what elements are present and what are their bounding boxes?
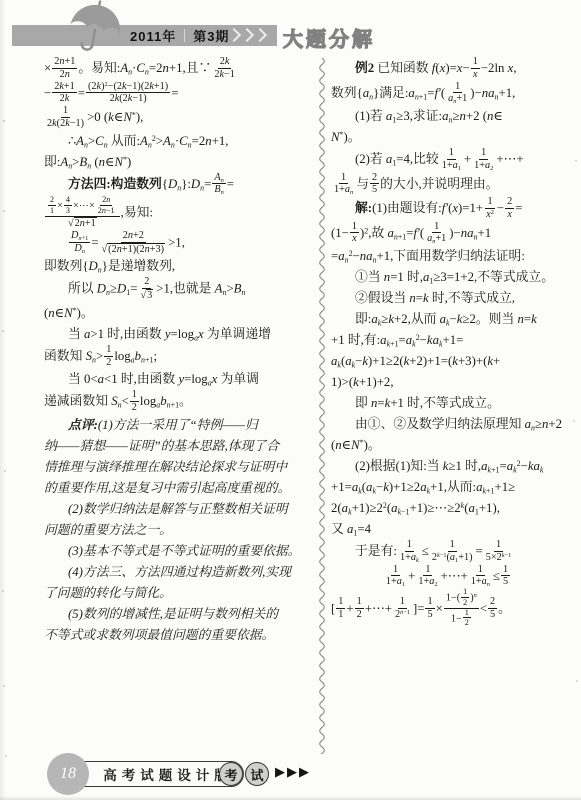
text-line: 了问题的转化与简化。 xyxy=(44,583,316,604)
text-line: ∴An>Cn 从而:An2>An·Cn=2n+1, xyxy=(44,131,316,152)
text-line: (5)数列的增减性,是证明与数列相关的 xyxy=(44,604,316,625)
section-title: 大题分解 xyxy=(283,23,375,52)
text-line: (2)若 a1=4,比较11+a1+11+a2+⋯+ xyxy=(331,148,563,173)
text-line: 当 a>1 时,由函数 y=logax 为单调递增 xyxy=(44,324,316,345)
text-line: (1)若 a1≥3,求证:an≥n+2 (n∈ xyxy=(331,106,563,127)
text-line: 的重要作用,这是复习中需引起高度重视的。 xyxy=(44,478,316,499)
umbrella-icon xyxy=(61,0,129,65)
text-line: +1=ak(ak−k)+1≥2ak+1,从而:ak+1+1≥ xyxy=(331,477,563,498)
chevrons-icon xyxy=(229,30,265,40)
text-line: 1)>(k+1)+2, xyxy=(331,372,563,393)
text-line: 递减函数知 Sn<12logabn+1。 xyxy=(44,390,316,415)
text-line: 11+an与25的大小,并说明理由。 xyxy=(331,173,563,198)
issue-divider xyxy=(184,29,185,42)
exam-badge-kao: 考 xyxy=(219,762,243,786)
text-line: −2k+12k=(2k)2−(2k−1)(2k+1)2k(2k−1)= xyxy=(44,82,316,107)
text-line: 11+a1+11+a2+⋯+11+an≤15 xyxy=(331,565,563,590)
text-line: 于是有:11+ak≤12k−1(a1+1)=15×2k−1 xyxy=(331,540,563,565)
text-line: 数列{an}满足:an+1=f′(1an+1)−nan+1, xyxy=(331,82,563,107)
text-line: 当 0<a<1 时,由函数 y=logax 为单调 xyxy=(44,369,316,390)
column-divider-path xyxy=(320,58,325,754)
text-line: +1 时,有:ak+1=ak2−kak+1= xyxy=(331,330,563,351)
text-line: 函数知 Sn>12logabn+1; xyxy=(44,345,316,370)
text-line: 又 a1=4 xyxy=(331,519,563,540)
header-bar: 2011年 第3期 xyxy=(12,25,277,46)
text-line: (3)基本不等式是不等式证明的重要依据。 xyxy=(44,541,316,562)
text-line: 例2 已知函数 f(x)=x−1x−2ln x, xyxy=(331,57,563,82)
exam-badge-shi: 试 xyxy=(245,762,269,786)
column-divider xyxy=(316,58,330,754)
scan-speckles xyxy=(3,120,5,122)
text-line: 不等式或求数列项最值问题的重要依据。 xyxy=(44,625,316,646)
text-line: N*)。 xyxy=(331,127,563,148)
text-line: 2(ak+1)≥22(ak−1+1)≥⋯≥2k(a1+1), xyxy=(331,498,563,519)
year-label: 2011年 xyxy=(130,26,176,45)
issue-label: 第3期 xyxy=(193,26,229,45)
text-line: 点评:(1)方法一采用了“特例——归 xyxy=(44,415,316,436)
right-column: 例2 已知函数 f(x)=x−1x−2ln x,数列{an}满足:an+1=f′… xyxy=(331,57,563,630)
left-column: ×2n+12n。易知:An·Cn=2n+1,且∵2k2k−1−2k+12k=(2… xyxy=(44,57,316,646)
text-line: 即数列{Dn}是递增数列, xyxy=(44,256,316,277)
text-line: 问题的重要方法之一。 xyxy=(44,520,316,541)
magazine-page: { "header": { "year": "2011年", "issue": … xyxy=(0,0,581,800)
journal-title: 高考试题设计版 xyxy=(103,764,233,784)
text-line: 情推理与演绎推理在解决结论探求与证明中 xyxy=(44,457,316,478)
text-line: Dn+1Dn=2n+2√(2n+1)(2n+3)>1, xyxy=(44,231,316,257)
scan-edge-bottom xyxy=(0,796,581,800)
text-line: =an2−nan+1,下面用数学归纳法证明: xyxy=(331,246,563,267)
text-line: ①当 n=1 时,a1≥3=1+2,不等式成立。 xyxy=(331,267,563,288)
text-line: (n∈N*)。 xyxy=(44,303,316,324)
text-line: ×2n+12n。易知:An·Cn=2n+1,且∵2k2k−1 xyxy=(44,57,316,82)
text-line: 21×43×⋯×2n2n−1√2n+1,易知: xyxy=(44,197,316,231)
footer: 高考试题设计版 18 考 试 ▶▶▶ xyxy=(47,750,367,798)
text-line: ak(ak−k)+1≥2(k+2)+1=(k+3)+(k+ xyxy=(331,351,563,372)
text-line: 方法四:构造数列{Dn}:Dn=AnBn= xyxy=(44,173,316,198)
text-line: (2)根据(1)知:当 k≥1 时,ak+1=ak2−kak xyxy=(331,456,563,477)
text-line: 纳——猜想——证明”的基本思路,体现了合 xyxy=(44,436,316,457)
arrows-icon: ▶▶▶ xyxy=(275,764,311,780)
page-number-badge: 18 xyxy=(47,753,89,795)
text-line: 解:(1)由题设有:f′(x)=1+1x2−2x= xyxy=(331,197,563,222)
text-line: (4)方法三、方法四通过构造新数列,实现 xyxy=(44,562,316,583)
text-line: (n∈N*)。 xyxy=(331,435,563,456)
text-line: (1−1x)2,故 an+1=f′(1an+1)−nan+1 xyxy=(331,222,563,247)
text-line: ②假设当 n=k 时,不等式成立, xyxy=(331,288,563,309)
text-line: 由①、②及数学归纳法原理知 an≥n+2 xyxy=(331,414,563,435)
chevron-right-icon xyxy=(253,28,267,42)
text-line: 即:An>Bn (n∈N*) xyxy=(44,152,316,173)
text-line: 即:ak≥k+2,从而 ak−k≥2。则当 n=k xyxy=(331,309,563,330)
text-line: 12k(2k−1)>0 (k∈N*), xyxy=(44,106,316,131)
text-line: 所以 Dn≥D1=2√3>1,也就是 An>Bn xyxy=(44,277,316,303)
text-line: 即 n=k+1 时,不等式成立。 xyxy=(331,393,563,414)
text-line: (2)数学归纳法是解答与正整数相关证明 xyxy=(44,499,316,520)
text-line: [11+12+⋯+12n−1]=15×1−(12)n1−12<25。 xyxy=(331,589,563,630)
